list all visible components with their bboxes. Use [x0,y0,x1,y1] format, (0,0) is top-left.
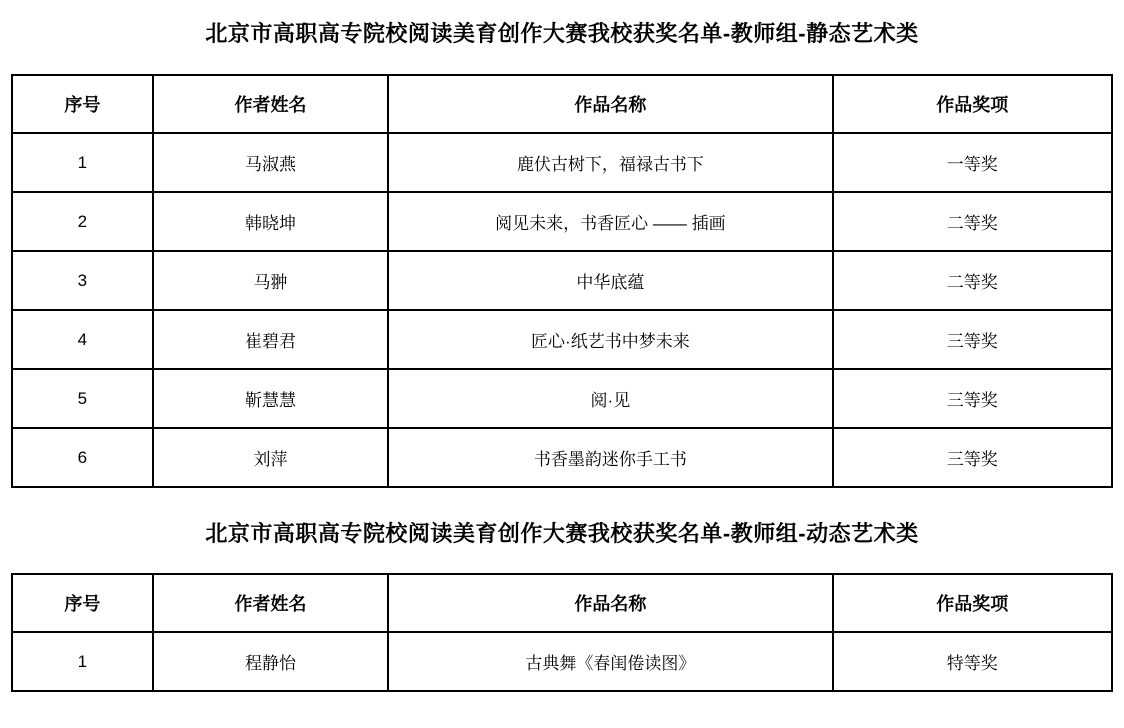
table-row: 2韩晓坤阅见未来，书香匠心 —— 插画二等奖 [12,192,1112,251]
cell-author: 程静怡 [153,632,388,691]
cell-award: 三等奖 [833,369,1112,428]
awards-table-static-art: 序号作者姓名作品名称作品奖项 1马淑燕鹿伏古树下，福禄古书下一等奖2韩晓坤阅见未… [11,74,1113,488]
cell-award: 三等奖 [833,310,1112,369]
cell-index: 3 [12,251,153,310]
table-header: 序号作者姓名作品名称作品奖项 [12,75,1112,133]
header-cell-award: 作品奖项 [833,574,1112,632]
header-cell-author: 作者姓名 [153,574,388,632]
cell-index: 2 [12,192,153,251]
header-row: 序号作者姓名作品名称作品奖项 [12,574,1112,632]
cell-index: 6 [12,428,153,487]
cell-work-title: 匠心·纸艺书中梦未来 [388,310,832,369]
cell-index: 4 [12,310,153,369]
awards-table-dynamic-art: 序号作者姓名作品名称作品奖项 1程静怡古典舞《春闺倦读图》特等奖 [11,573,1113,692]
cell-work-title: 阅·见 [388,369,832,428]
table-title-dynamic-art: 北京市高职高专院校阅读美育创作大赛我校获奖名单-教师组-动态艺术类 [11,520,1113,548]
header-cell-index: 序号 [12,574,153,632]
table-row: 4崔碧君匠心·纸艺书中梦未来三等奖 [12,310,1112,369]
cell-author: 韩晓坤 [153,192,388,251]
table-row: 1马淑燕鹿伏古树下，福禄古书下一等奖 [12,133,1112,192]
table-header: 序号作者姓名作品名称作品奖项 [12,574,1112,632]
cell-author: 马翀 [153,251,388,310]
table-body: 1马淑燕鹿伏古树下，福禄古书下一等奖2韩晓坤阅见未来，书香匠心 —— 插画二等奖… [12,133,1112,487]
cell-work-title: 鹿伏古树下，福禄古书下 [388,133,832,192]
cell-author: 马淑燕 [153,133,388,192]
cell-work-title: 中华底蕴 [388,251,832,310]
cell-award: 一等奖 [833,133,1112,192]
header-cell-work-title: 作品名称 [388,574,832,632]
header-row: 序号作者姓名作品名称作品奖项 [12,75,1112,133]
table-row: 5靳慧慧阅·见三等奖 [12,369,1112,428]
cell-work-title: 书香墨韵迷你手工书 [388,428,832,487]
cell-author: 刘萍 [153,428,388,487]
header-cell-award: 作品奖项 [833,75,1112,133]
table-row: 1程静怡古典舞《春闺倦读图》特等奖 [12,632,1112,691]
table-row: 6刘萍书香墨韵迷你手工书三等奖 [12,428,1112,487]
awards-section-static-art: 北京市高职高专院校阅读美育创作大赛我校获奖名单-教师组-静态艺术类 序号作者姓名… [11,20,1113,488]
table-row: 3马翀中华底蕴二等奖 [12,251,1112,310]
cell-award: 特等奖 [833,632,1112,691]
header-cell-author: 作者姓名 [153,75,388,133]
cell-work-title: 阅见未来，书香匠心 —— 插画 [388,192,832,251]
cell-work-title: 古典舞《春闺倦读图》 [388,632,832,691]
table-title-static-art: 北京市高职高专院校阅读美育创作大赛我校获奖名单-教师组-静态艺术类 [11,20,1113,48]
awards-section-dynamic-art: 北京市高职高专院校阅读美育创作大赛我校获奖名单-教师组-动态艺术类 序号作者姓名… [11,520,1113,692]
cell-index: 1 [12,133,153,192]
header-cell-work-title: 作品名称 [388,75,832,133]
cell-award: 二等奖 [833,192,1112,251]
cell-index: 5 [12,369,153,428]
table-body: 1程静怡古典舞《春闺倦读图》特等奖 [12,632,1112,691]
cell-award: 三等奖 [833,428,1112,487]
cell-author: 靳慧慧 [153,369,388,428]
cell-award: 二等奖 [833,251,1112,310]
cell-author: 崔碧君 [153,310,388,369]
document-page: 北京市高职高专院校阅读美育创作大赛我校获奖名单-教师组-静态艺术类 序号作者姓名… [0,0,1124,692]
cell-index: 1 [12,632,153,691]
header-cell-index: 序号 [12,75,153,133]
